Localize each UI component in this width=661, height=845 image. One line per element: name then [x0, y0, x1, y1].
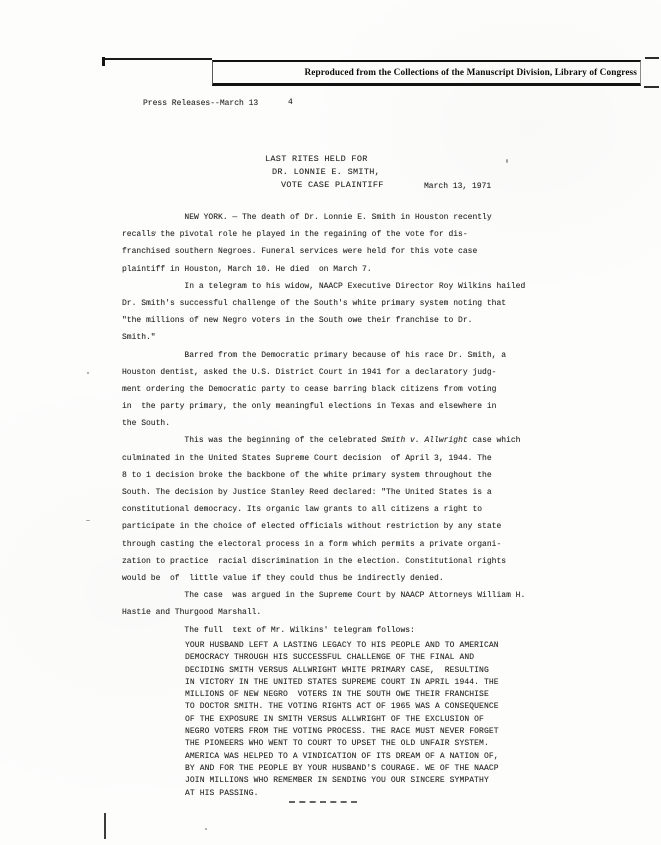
text-line: AT HIS PASSING. [185, 788, 585, 800]
text-line: through casting the electoral process in… [122, 536, 602, 553]
press-release-body: NEW YORK. — The death of Dr. Lonnie E. S… [122, 209, 602, 639]
text-line: JOIN MILLIONS WHO REMEMBER IN SENDING YO… [185, 775, 585, 787]
text-line: in the party primary, the only meaningfu… [122, 398, 602, 415]
page-number: 4 [288, 98, 293, 107]
text-line: plaintiff in Houston, March 10. He died … [122, 261, 602, 278]
text-line: the South. [122, 415, 602, 432]
text-line: South. The decision by Justice Stanley R… [122, 484, 602, 501]
loc-stamp: Reproduced from the Collections of the M… [212, 60, 641, 86]
text-line: franchised southern Negroes. Funeral ser… [122, 243, 602, 260]
text-line: Dr. Smith's successful challenge of the … [122, 295, 602, 312]
text-line: recalls the pivotal role he played in th… [122, 226, 602, 243]
text-line: participate in the choice of elected off… [122, 518, 602, 535]
press-release-header: Press Releases--March 13 [143, 99, 258, 108]
text-line: DECIDING SMITH VERSUS ALLWRIGHT WHITE PR… [185, 665, 585, 677]
press-release-title-line-1: LAST RITES HELD FOR [265, 154, 368, 164]
scan-speck [86, 520, 90, 521]
telegram-text: YOUR HUSBAND LEFT A LASTING LEGACY TO HI… [185, 640, 585, 800]
text-line: constitutional democracy. Its organic la… [122, 501, 602, 518]
scan-speck [205, 828, 207, 830]
text-line: The full text of Mr. Wilkins' telegram f… [122, 622, 602, 639]
text-line: would be of little value if they could t… [122, 570, 602, 587]
text-line: IN VICTORY IN THE UNITED STATES SUPREME … [185, 677, 585, 689]
document-page: Reproduced from the Collections of the M… [0, 0, 661, 845]
release-date: March 13, 1971 [424, 182, 491, 191]
scan-speck [506, 159, 508, 163]
margin-pen-mark [104, 813, 106, 839]
scan-speck [87, 372, 89, 374]
text-line: NEGRO VOTERS FROM THE VOTING PROCESS. TH… [185, 726, 585, 738]
text-line: Barred from the Democratic primary becau… [122, 347, 602, 364]
text-line: 8 to 1 decision broke the backbone of th… [122, 467, 602, 484]
press-release-title-line-2: DR. LONNIE E. SMITH, [272, 167, 380, 177]
text-line: Houston dentist, asked the U.S. District… [122, 364, 602, 381]
text-line: OF THE EXPOSURE IN SMITH VERSUS ALLWRIGH… [185, 714, 585, 726]
corner-rule-mark [102, 58, 212, 60]
corner-rule-tick [102, 57, 105, 66]
end-of-text-rule [289, 801, 357, 803]
text-line: BY AND FOR THE PEOPLE BY YOUR HUSBAND'S … [185, 763, 585, 775]
stamp-edge-dash-bottom [644, 86, 659, 88]
stamp-edge-dash-top [645, 57, 659, 59]
text-line: Smith." [122, 329, 602, 346]
text-line: MILLIONS OF NEW NEGRO VOTERS IN THE SOUT… [185, 689, 585, 701]
scan-speck [155, 231, 156, 234]
text-line: culminated in the United States Supreme … [122, 450, 602, 467]
text-line: DEMOCRACY THROUGH HIS SUCCESSFUL CHALLEN… [185, 652, 585, 664]
text-line: "the millions of new Negro voters in the… [122, 312, 602, 329]
text-line: YOUR HUSBAND LEFT A LASTING LEGACY TO HI… [185, 640, 585, 652]
press-release-title-line-3: VOTE CASE PLAINTIFF [281, 180, 384, 190]
loc-stamp-text: Reproduced from the Collections of the M… [304, 68, 640, 78]
text-line: ment ordering the Democratic party to ce… [122, 381, 602, 398]
text-line: Hastie and Thurgood Marshall. [122, 604, 602, 621]
text-line: TO DOCTOR SMITH. THE VOTING RIGHTS ACT O… [185, 701, 585, 713]
text-line: AMERICA WAS HELPED TO A VINDICATION OF I… [185, 751, 585, 763]
text-line: This was the beginning of the celebrated… [122, 432, 602, 449]
text-line: THE PIONEERS WHO WENT TO COURT TO UPSET … [185, 738, 585, 750]
text-line: zation to practice racial discrimination… [122, 553, 602, 570]
text-line: In a telegram to his widow, NAACP Execut… [122, 278, 602, 295]
text-line: The case was argued in the Supreme Court… [122, 587, 602, 604]
text-line: NEW YORK. — The death of Dr. Lonnie E. S… [122, 209, 602, 226]
